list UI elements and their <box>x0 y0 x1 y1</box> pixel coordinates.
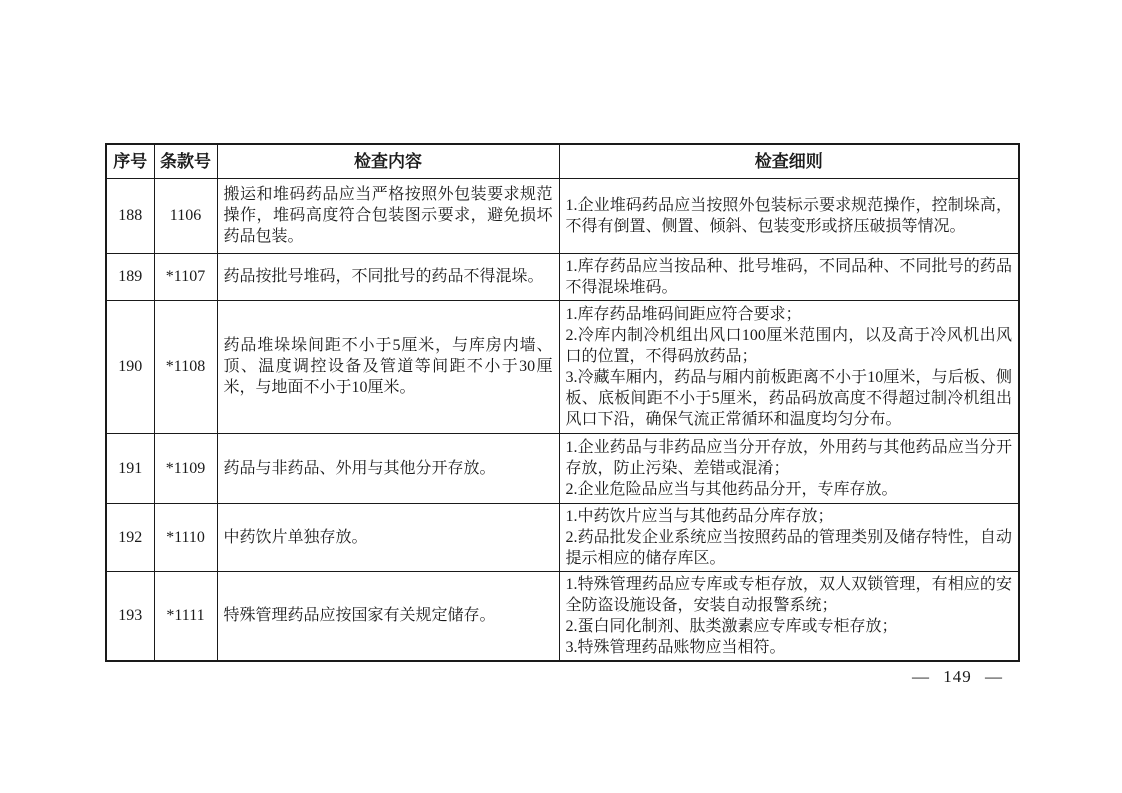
detail-cell: 1.特殊管理药品应专库或专柜存放，双人双锁管理，有相应的安全防盗设施设备，安装自… <box>559 571 1019 661</box>
table-row: 188 1106 搬运和堆码药品应当严格按照外包装要求规范操作，堆码高度符合包装… <box>106 178 1019 253</box>
table-row: 189 *1107 药品按批号堆码，不同批号的药品不得混垛。 1.库存药品应当按… <box>106 253 1019 300</box>
seq-cell: 192 <box>106 503 154 571</box>
detail-item: 2.企业危险品应当与其他药品分开，专库存放。 <box>566 479 1013 500</box>
clause-cell: *1110 <box>154 503 217 571</box>
detail-cell: 1.库存药品堆码间距应符合要求； 2.冷库内制冷机组出风口100厘米范围内，以及… <box>559 300 1019 433</box>
detail-item: 1.中药饮片应当与其他药品分库存放； <box>566 506 1013 527</box>
column-header-clause: 条款号 <box>154 144 217 178</box>
inspection-table: 序号 条款号 检查内容 检查细则 188 1106 搬运和堆码药品应当严格按照外… <box>105 143 1020 662</box>
detail-item: 2.冷库内制冷机组出风口100厘米范围内，以及高于冷风机出风口的位置，不得码放药… <box>566 325 1013 367</box>
detail-cell: 1.中药饮片应当与其他药品分库存放； 2.药品批发企业系统应当按照药品的管理类别… <box>559 503 1019 571</box>
seq-cell: 189 <box>106 253 154 300</box>
clause-cell: 1106 <box>154 178 217 253</box>
detail-cell: 1.企业堆码药品应当按照外包装标示要求规范操作，控制垛高，不得有倒置、侧置、倾斜… <box>559 178 1019 253</box>
detail-item: 1.企业堆码药品应当按照外包装标示要求规范操作，控制垛高，不得有倒置、侧置、倾斜… <box>566 195 1013 237</box>
table-row: 193 *1111 特殊管理药品应按国家有关规定储存。 1.特殊管理药品应专库或… <box>106 571 1019 661</box>
seq-cell: 188 <box>106 178 154 253</box>
page-number: — 149 — <box>912 667 1003 687</box>
detail-item: 3.特殊管理药品账物应当相符。 <box>566 637 1013 658</box>
seq-cell: 193 <box>106 571 154 661</box>
detail-item: 1.库存药品堆码间距应符合要求； <box>566 304 1013 325</box>
seq-cell: 190 <box>106 300 154 433</box>
content-cell: 药品按批号堆码，不同批号的药品不得混垛。 <box>217 253 559 300</box>
table-row: 190 *1108 药品堆垛垛间距不小于5厘米，与库房内墙、顶、温度调控设备及管… <box>106 300 1019 433</box>
detail-cell: 1.库存药品应当按品种、批号堆码，不同品种、不同批号的药品不得混垛堆码。 <box>559 253 1019 300</box>
content-cell: 药品与非药品、外用与其他分开存放。 <box>217 433 559 503</box>
table-header-row: 序号 条款号 检查内容 检查细则 <box>106 144 1019 178</box>
seq-cell: 191 <box>106 433 154 503</box>
column-header-detail: 检查细则 <box>559 144 1019 178</box>
column-header-content: 检查内容 <box>217 144 559 178</box>
clause-cell: *1108 <box>154 300 217 433</box>
detail-item: 2.蛋白同化制剂、肽类激素应专库或专柜存放； <box>566 616 1013 637</box>
content-cell: 搬运和堆码药品应当严格按照外包装要求规范操作，堆码高度符合包装图示要求，避免损坏… <box>217 178 559 253</box>
content-cell: 药品堆垛垛间距不小于5厘米，与库房内墙、顶、温度调控设备及管道等间距不小于30厘… <box>217 300 559 433</box>
detail-item: 2.药品批发企业系统应当按照药品的管理类别及储存特性，自动提示相应的储存库区。 <box>566 527 1013 569</box>
detail-item: 1.库存药品应当按品种、批号堆码，不同品种、不同批号的药品不得混垛堆码。 <box>566 256 1013 298</box>
content-cell: 中药饮片单独存放。 <box>217 503 559 571</box>
table-row: 192 *1110 中药饮片单独存放。 1.中药饮片应当与其他药品分库存放； 2… <box>106 503 1019 571</box>
content-cell: 特殊管理药品应按国家有关规定储存。 <box>217 571 559 661</box>
document-page: { "page": { "number_label": "— 149 —" },… <box>0 0 1122 793</box>
clause-cell: *1109 <box>154 433 217 503</box>
column-header-seq: 序号 <box>106 144 154 178</box>
clause-cell: *1107 <box>154 253 217 300</box>
clause-cell: *1111 <box>154 571 217 661</box>
detail-item: 3.冷藏车厢内，药品与厢内前板距离不小于10厘米，与后板、侧板、底板间距不小于5… <box>566 367 1013 430</box>
detail-item: 1.特殊管理药品应专库或专柜存放，双人双锁管理，有相应的安全防盗设施设备，安装自… <box>566 574 1013 616</box>
table-row: 191 *1109 药品与非药品、外用与其他分开存放。 1.企业药品与非药品应当… <box>106 433 1019 503</box>
detail-item: 1.企业药品与非药品应当分开存放，外用药与其他药品应当分开存放，防止污染、差错或… <box>566 437 1013 479</box>
detail-cell: 1.企业药品与非药品应当分开存放，外用药与其他药品应当分开存放，防止污染、差错或… <box>559 433 1019 503</box>
